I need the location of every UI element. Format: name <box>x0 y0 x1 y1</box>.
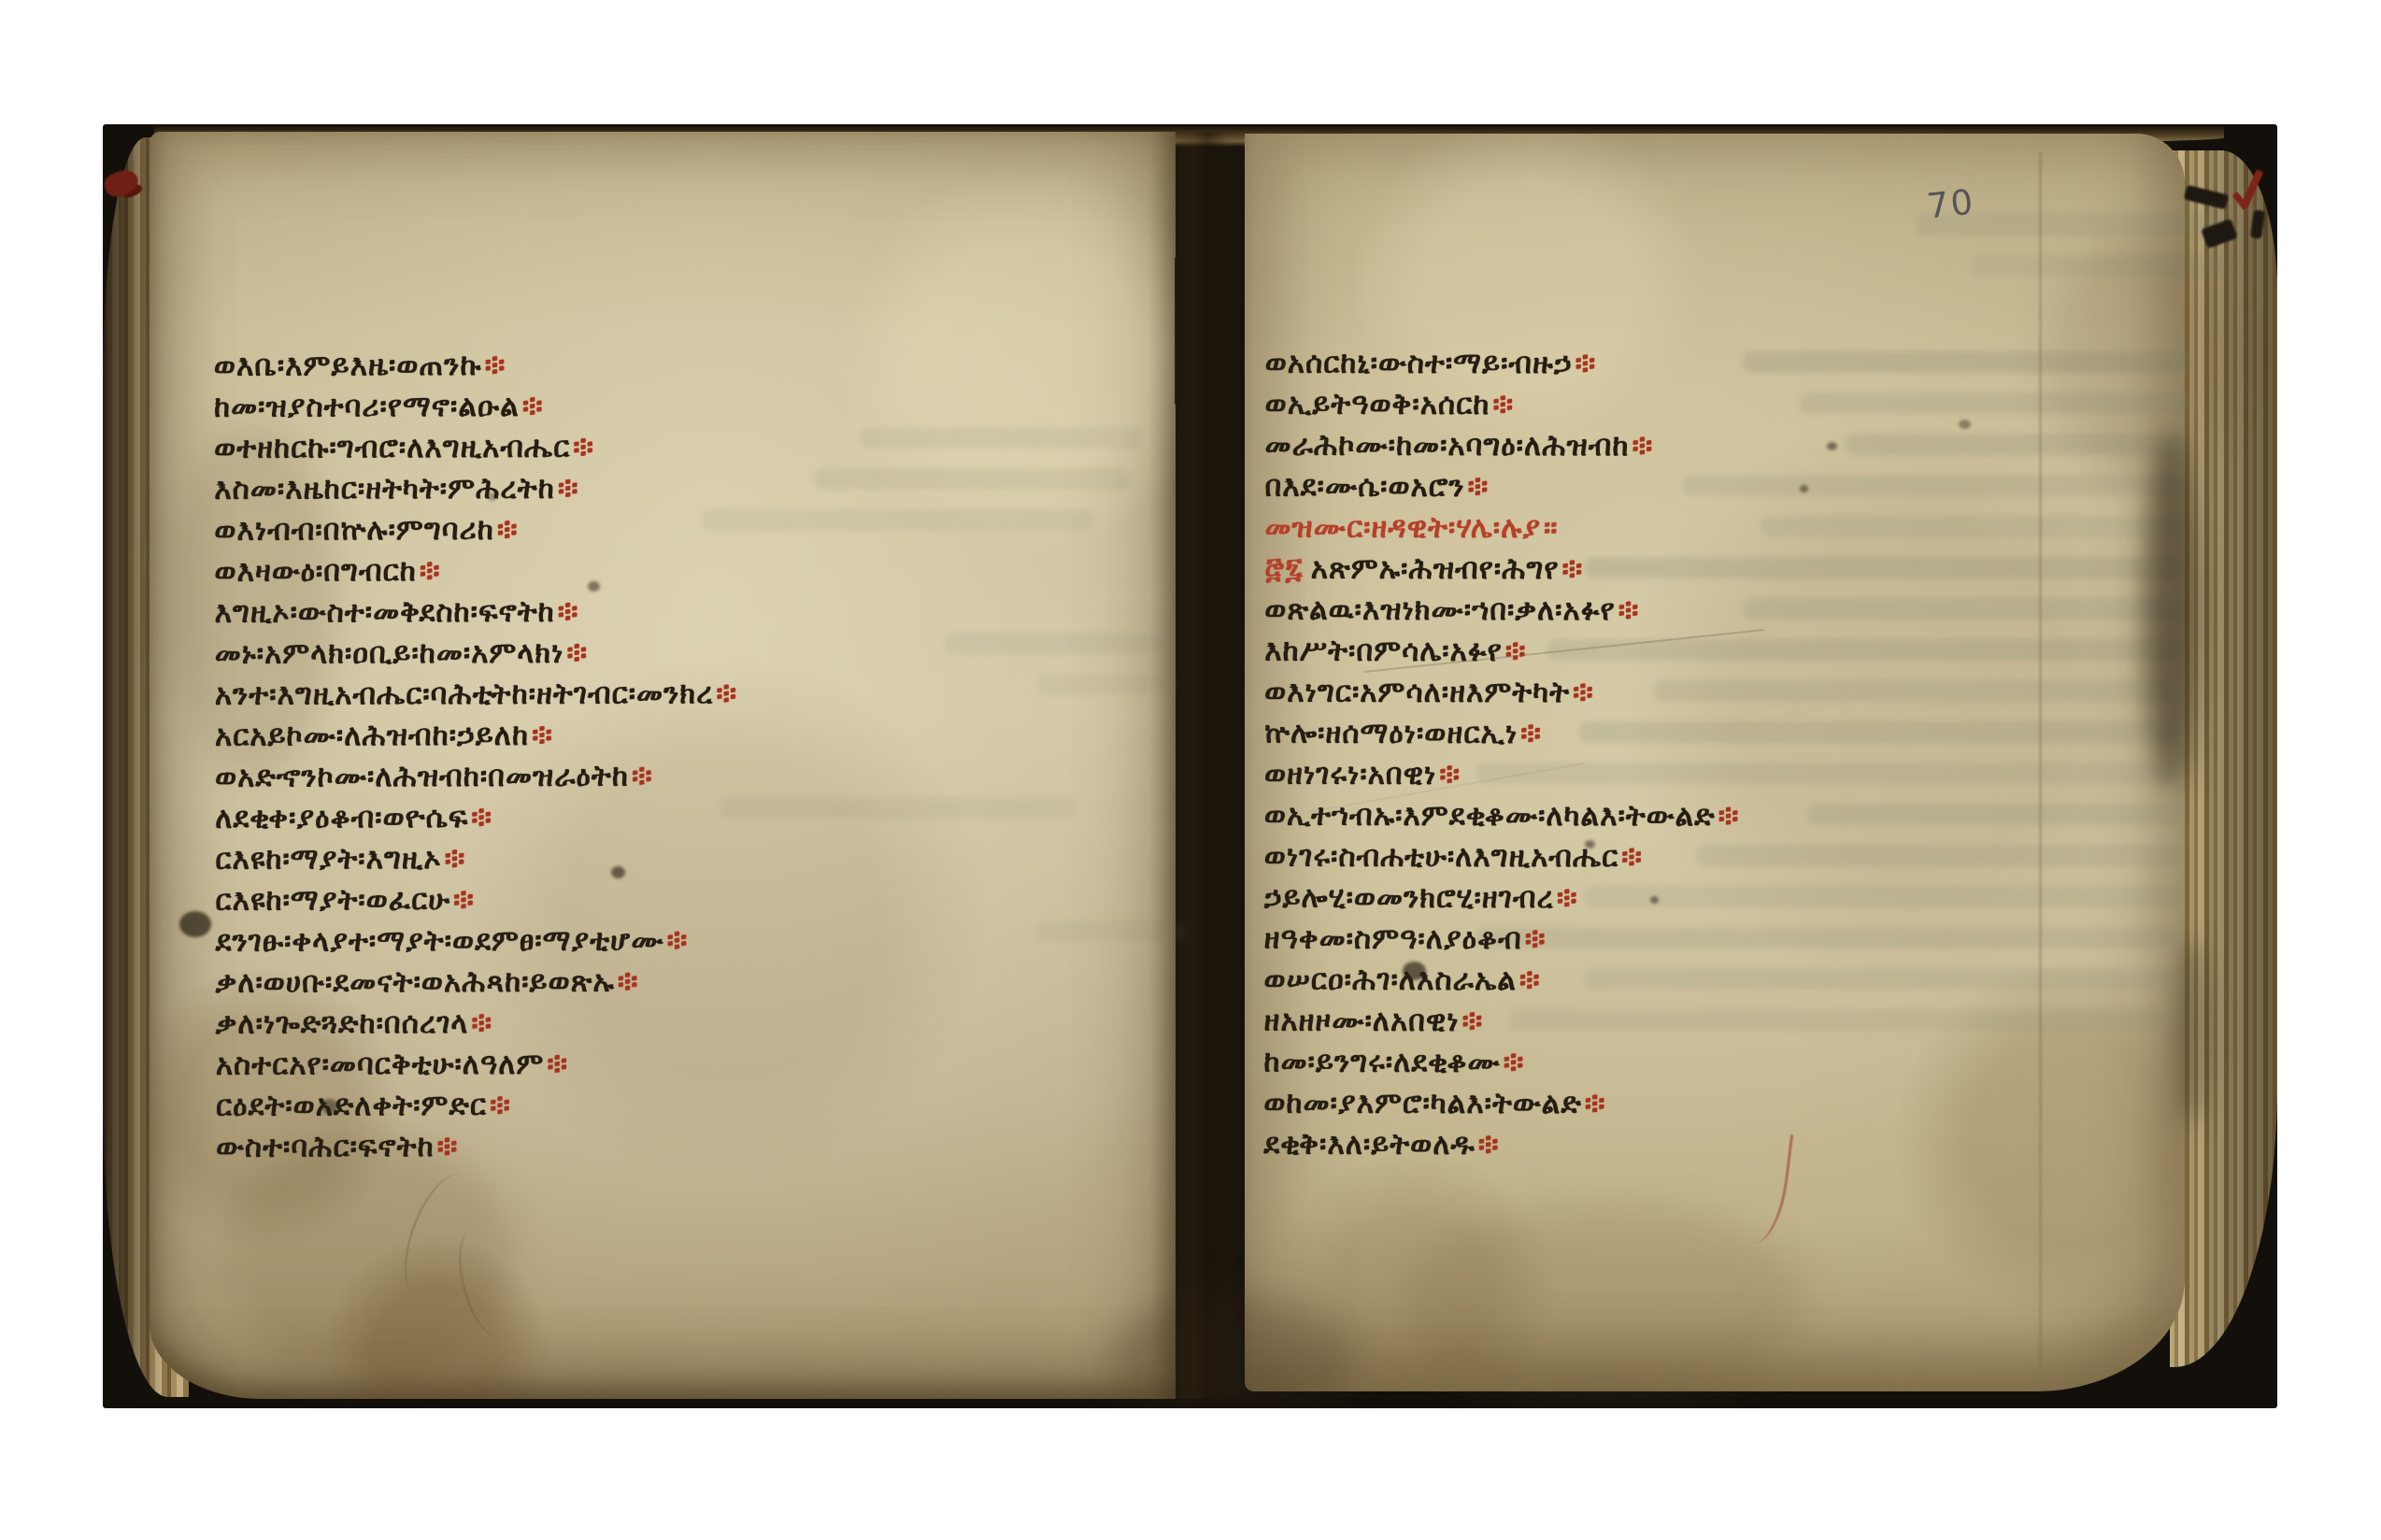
bleed-through-line <box>1682 475 2187 496</box>
text-line: ኃይሎሂ፡ወመንክሮሂ፡ዘገብረ፨ <box>1264 877 1740 920</box>
psalm-number: ፸፯ <box>1264 552 1304 586</box>
text-line: ወእዛውዕ፡በግብርከ፨ <box>214 549 736 592</box>
text-line: ርእዩከ፡ማያት፡እግዚኦ፨ <box>215 837 737 879</box>
text-line: ርዕደት፡ወአድለቀት፡ምድር፨ <box>216 1084 738 1126</box>
text-line: ቃለ፡ወሀቡ፡ደመናት፡ወአሕጻከ፡ይወጽኡ፨ <box>216 961 738 1003</box>
text-line: አንተ፡እግዚአብሔር፡ባሕቲትከ፡ዘትገብር፡መንክረ፨ <box>215 673 737 715</box>
text-line: ወሠርዐ፡ሕገ፡ለእስራኤል፨ <box>1264 960 1740 1002</box>
ink-blot <box>1959 420 1971 429</box>
bleed-through-line <box>860 427 1140 449</box>
text-line: መኑ፡አምላክ፡ዐቢይ፡ከመ፡አምላክነ፨ <box>215 632 737 674</box>
bleed-through-line <box>1037 674 1177 695</box>
bleed-through-line <box>944 633 1168 654</box>
bleed-through-line <box>1808 804 2182 825</box>
ink-blot <box>179 911 211 937</box>
bleed-through-line <box>1761 516 2182 537</box>
text-line: ወእነብብ፡በኵሉ፡ምግባሪከ፨ <box>214 508 736 550</box>
text-line: ወኢተኀብኡ፡እምደቂቆሙ፡ለካልእ፡ትውልድ፨ <box>1264 795 1740 837</box>
text-line: እስመ፡እዜከር፡ዘትካት፡ምሕረትከ፨ <box>214 467 736 509</box>
text-line: እግዚኦ፡ውስተ፡መቅደስከ፡ፍኖትከ፨ <box>215 591 737 633</box>
folio-number: 70 <box>1925 181 1976 226</box>
text-line: ደቂቅ፡እለ፡ይትወለዱ፨ <box>1263 1124 1739 1166</box>
bleed-through-line <box>701 509 1093 531</box>
text-line: ወነገሩ፡ስብሐቲሁ፡ለእግዚአብሔር፨ <box>1264 836 1740 878</box>
ink-blot <box>1800 485 1808 492</box>
parchment-stain <box>2046 236 2233 479</box>
ink-blot <box>1827 442 1837 450</box>
bleed-through-line <box>1037 920 1187 942</box>
text-line: ለደቂቀ፡ያዕቆብ፡ወዮሴፍ፨ <box>215 796 737 838</box>
edge-smudge <box>2145 433 2199 788</box>
binding-thread <box>1175 257 1177 405</box>
bleed-through-line <box>1696 845 2182 866</box>
text-line: ቃለ፡ነጐድጓድከ፡በሰረገላ፨ <box>216 1002 738 1044</box>
manuscript-photo: 70 ወእቤ፡እምይእዜ፡ወጠንኩ፨ ከመ፡ዝያስተባሪ፡የማኖ፡ልዑል፨ ወተ… <box>103 124 2277 1408</box>
text-line: ውስተ፡ባሕር፡ፍኖትከ፨ <box>216 1125 738 1167</box>
text-line: ወኢይትዓወቅ፡አሰርከ፨ <box>1265 384 1741 426</box>
text-line: ወእነግር፡አምሳለ፡ዘእምትካት፨ <box>1264 672 1740 714</box>
text-line: ፸፯አጽምኡ፡ሕዝብየ፡ሕግየ፨ <box>1264 549 1740 591</box>
bleed-through-line <box>1743 598 2182 620</box>
bleed-through-line <box>813 468 1131 490</box>
text-line: ወከመ፡ያእምሮ፡ካልእ፡ትውልድ፨ <box>1263 1083 1739 1125</box>
text-line: አስተርአየ፡መባርቅቲሁ፡ለዓለም፨ <box>216 1043 738 1085</box>
left-page-text: ወእቤ፡እምይእዜ፡ወጠንኩ፨ ከመ፡ዝያስተባሪ፡የማኖ፡ልዑል፨ ወተዘከር… <box>214 344 739 1167</box>
text-line: ርእዩከ፡ማያት፡ወፈርሁ፨ <box>215 878 737 920</box>
psalm-rubric: መዝሙር፡ዘዳዊት፡ሃሌ፡ሉያ። <box>1264 507 1740 549</box>
bleed-through-line <box>720 797 1075 819</box>
text-line: ወአሰርከኒ፡ውስተ፡ማይ፡ብዙኃ፨ <box>1265 343 1741 385</box>
text-line: ዘአዘዞሙ፡ለአበዊነ፨ <box>1263 1001 1739 1043</box>
right-page-text: ወአሰርከኒ፡ውስተ፡ማይ፡ብዙኃ፨ ወኢይትዓወቅ፡አሰርከ፨ መራሕኮሙ፡ከ… <box>1263 343 1740 1166</box>
page-crease <box>2039 152 2042 1367</box>
text-line: እከሥት፡በምሳሌ፡አፉየ፨ <box>1264 631 1740 673</box>
text-line: ከመ፡ይንግሩ፡ለደቂቆሙ፨ <box>1263 1042 1739 1084</box>
text-line: ወእቤ፡እምይእዜ፡ወጠንኩ፨ <box>214 344 736 386</box>
text-line: ኵሎ፡ዘሰማዕነ፡ወዘርኢነ፨ <box>1264 713 1740 755</box>
text-line: ዘዓቀመ፡ስምዓ፡ለያዕቆብ፨ <box>1264 919 1740 961</box>
text-line: ወጽልዉ፡እዝነክሙ፡ኀበ፡ቃለ፡አፉየ፨ <box>1264 590 1740 632</box>
text-line: ወዘነገሩነ፡አበዊነ፨ <box>1264 754 1740 796</box>
text-line: መራሕኮሙ፡ከመ፡አባግዕ፡ለሕዝብከ፨ <box>1265 425 1741 467</box>
text-line: ደንገፁ፡ቀላያተ፡ማያት፡ወደምፀ፡ማያቲሆሙ፨ <box>215 920 737 962</box>
text-line: በእደ፡ሙሴ፡ወአሮን፨ <box>1264 466 1740 508</box>
text-line: ወአድኆንኮሙ፡ለሕዝብከ፡በመዝራዕትከ፨ <box>215 755 737 797</box>
text-line: ወተዘከርኩ፡ግብሮ፡ለእግዚአብሔር፨ <box>214 426 736 468</box>
edge-smudge <box>2173 937 2210 1124</box>
book-gutter <box>1149 132 1254 1399</box>
text-line: አርአይኮሙ፡ለሕዝብከ፡ኃይለከ፨ <box>215 714 737 756</box>
text-line: ከመ፡ዝያስተባሪ፡የማኖ፡ልዑል፨ <box>214 385 736 427</box>
